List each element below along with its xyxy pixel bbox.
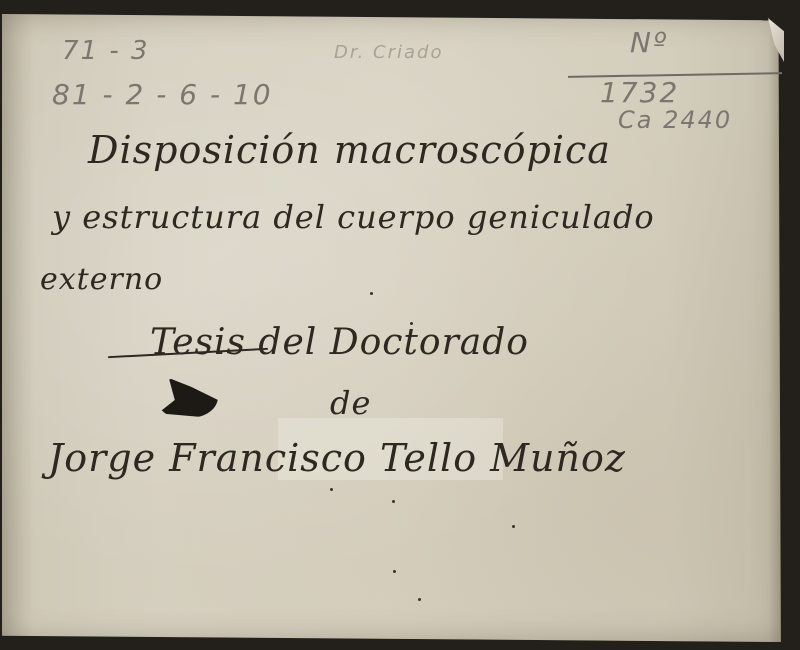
pencil-ref-line1: 71 - 3 [62,36,150,66]
connector-de: de [330,384,371,422]
pencil-faint-name: Dr. Criado [334,42,444,63]
speck [418,598,421,601]
pencil-code: Ca 2440 [618,106,732,134]
speck [370,292,373,295]
title-line-2: y estructura del cuerpo geniculado [52,198,655,236]
pencil-number: 1732 [600,76,679,109]
title-line-1: Disposición macroscópica [88,128,611,172]
speck [393,570,396,573]
speck [330,488,333,491]
subtitle: Tesis del Doctorado [150,322,529,363]
title-line-3: externo [40,262,163,297]
speck [512,525,515,528]
pencil-ref-line2: 81 - 2 - 6 - 10 [52,78,273,111]
author-name: Jorge Francisco Tello Muñoz [48,436,626,480]
pencil-number-label: Nº [630,26,668,59]
speck [410,322,413,325]
speck [392,500,395,503]
